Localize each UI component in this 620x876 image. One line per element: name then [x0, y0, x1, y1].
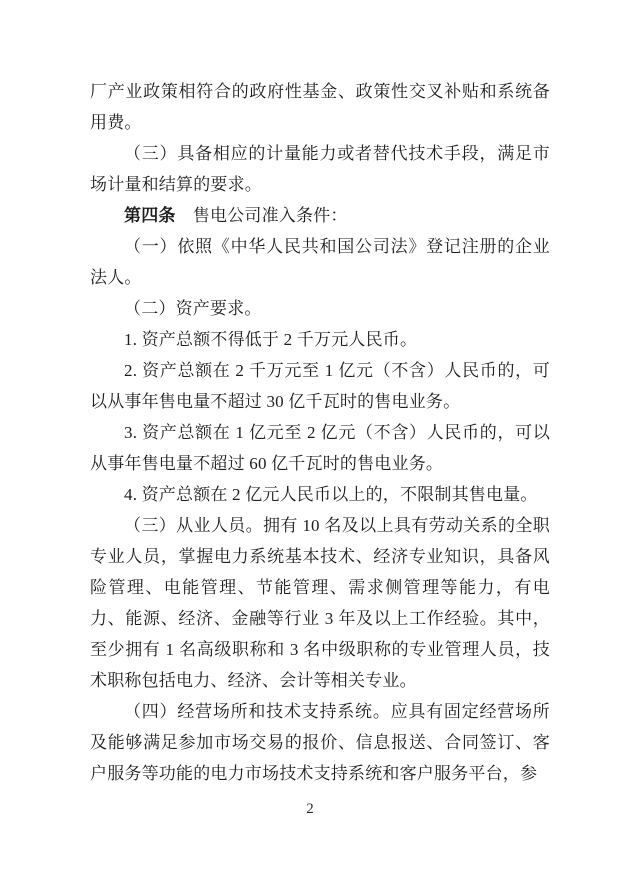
para-asset-tier-3: 3. 资产总额在 1 亿元至 2 亿元（不含）人民币的，可以从事年售电量不超过 … [90, 417, 550, 479]
para-item-3-personnel: （三）从业人员。拥有 10 名及以上具有劳动关系的全职专业人员，掌握电力系统基本… [90, 510, 550, 696]
para-item-1-legal-person: （一）依照《中华人民共和国公司法》登记注册的企业法人。 [90, 231, 550, 293]
page-number: 2 [0, 798, 620, 820]
para-asset-tier-4: 4. 资产总额在 2 亿元人民币以上的，不限制其售电量。 [90, 479, 550, 510]
para-continuation-fees: 厂产业政策相符合的政府性基金、政策性交叉补贴和系统备用费。 [90, 76, 550, 138]
document-page: 厂产业政策相符合的政府性基金、政策性交叉补贴和系统备用费。 （三）具备相应的计量… [0, 0, 620, 876]
para-item-4-premises-systems: （四）经营场所和技术支持系统。应具有固定经营场所及能够满足参加市场交易的报价、信… [90, 696, 550, 789]
para-item-3-metering: （三）具备相应的计量能力或者替代技术手段，满足市场计量和结算的要求。 [90, 138, 550, 200]
para-article-4-heading: 第四条 售电公司准入条件： [90, 200, 550, 231]
article-4-label: 第四条 [124, 206, 176, 225]
document-body: 厂产业政策相符合的政府性基金、政策性交叉补贴和系统备用费。 （三）具备相应的计量… [90, 76, 550, 789]
article-4-title: 售电公司准入条件： [176, 206, 348, 225]
para-item-2-asset-requirement: （二）资产要求。 [90, 293, 550, 324]
para-asset-tier-1: 1. 资产总额不得低于 2 千万元人民币。 [90, 324, 550, 355]
para-asset-tier-2: 2. 资产总额在 2 千万元至 1 亿元（不含）人民币的，可以从事年售电量不超过… [90, 355, 550, 417]
